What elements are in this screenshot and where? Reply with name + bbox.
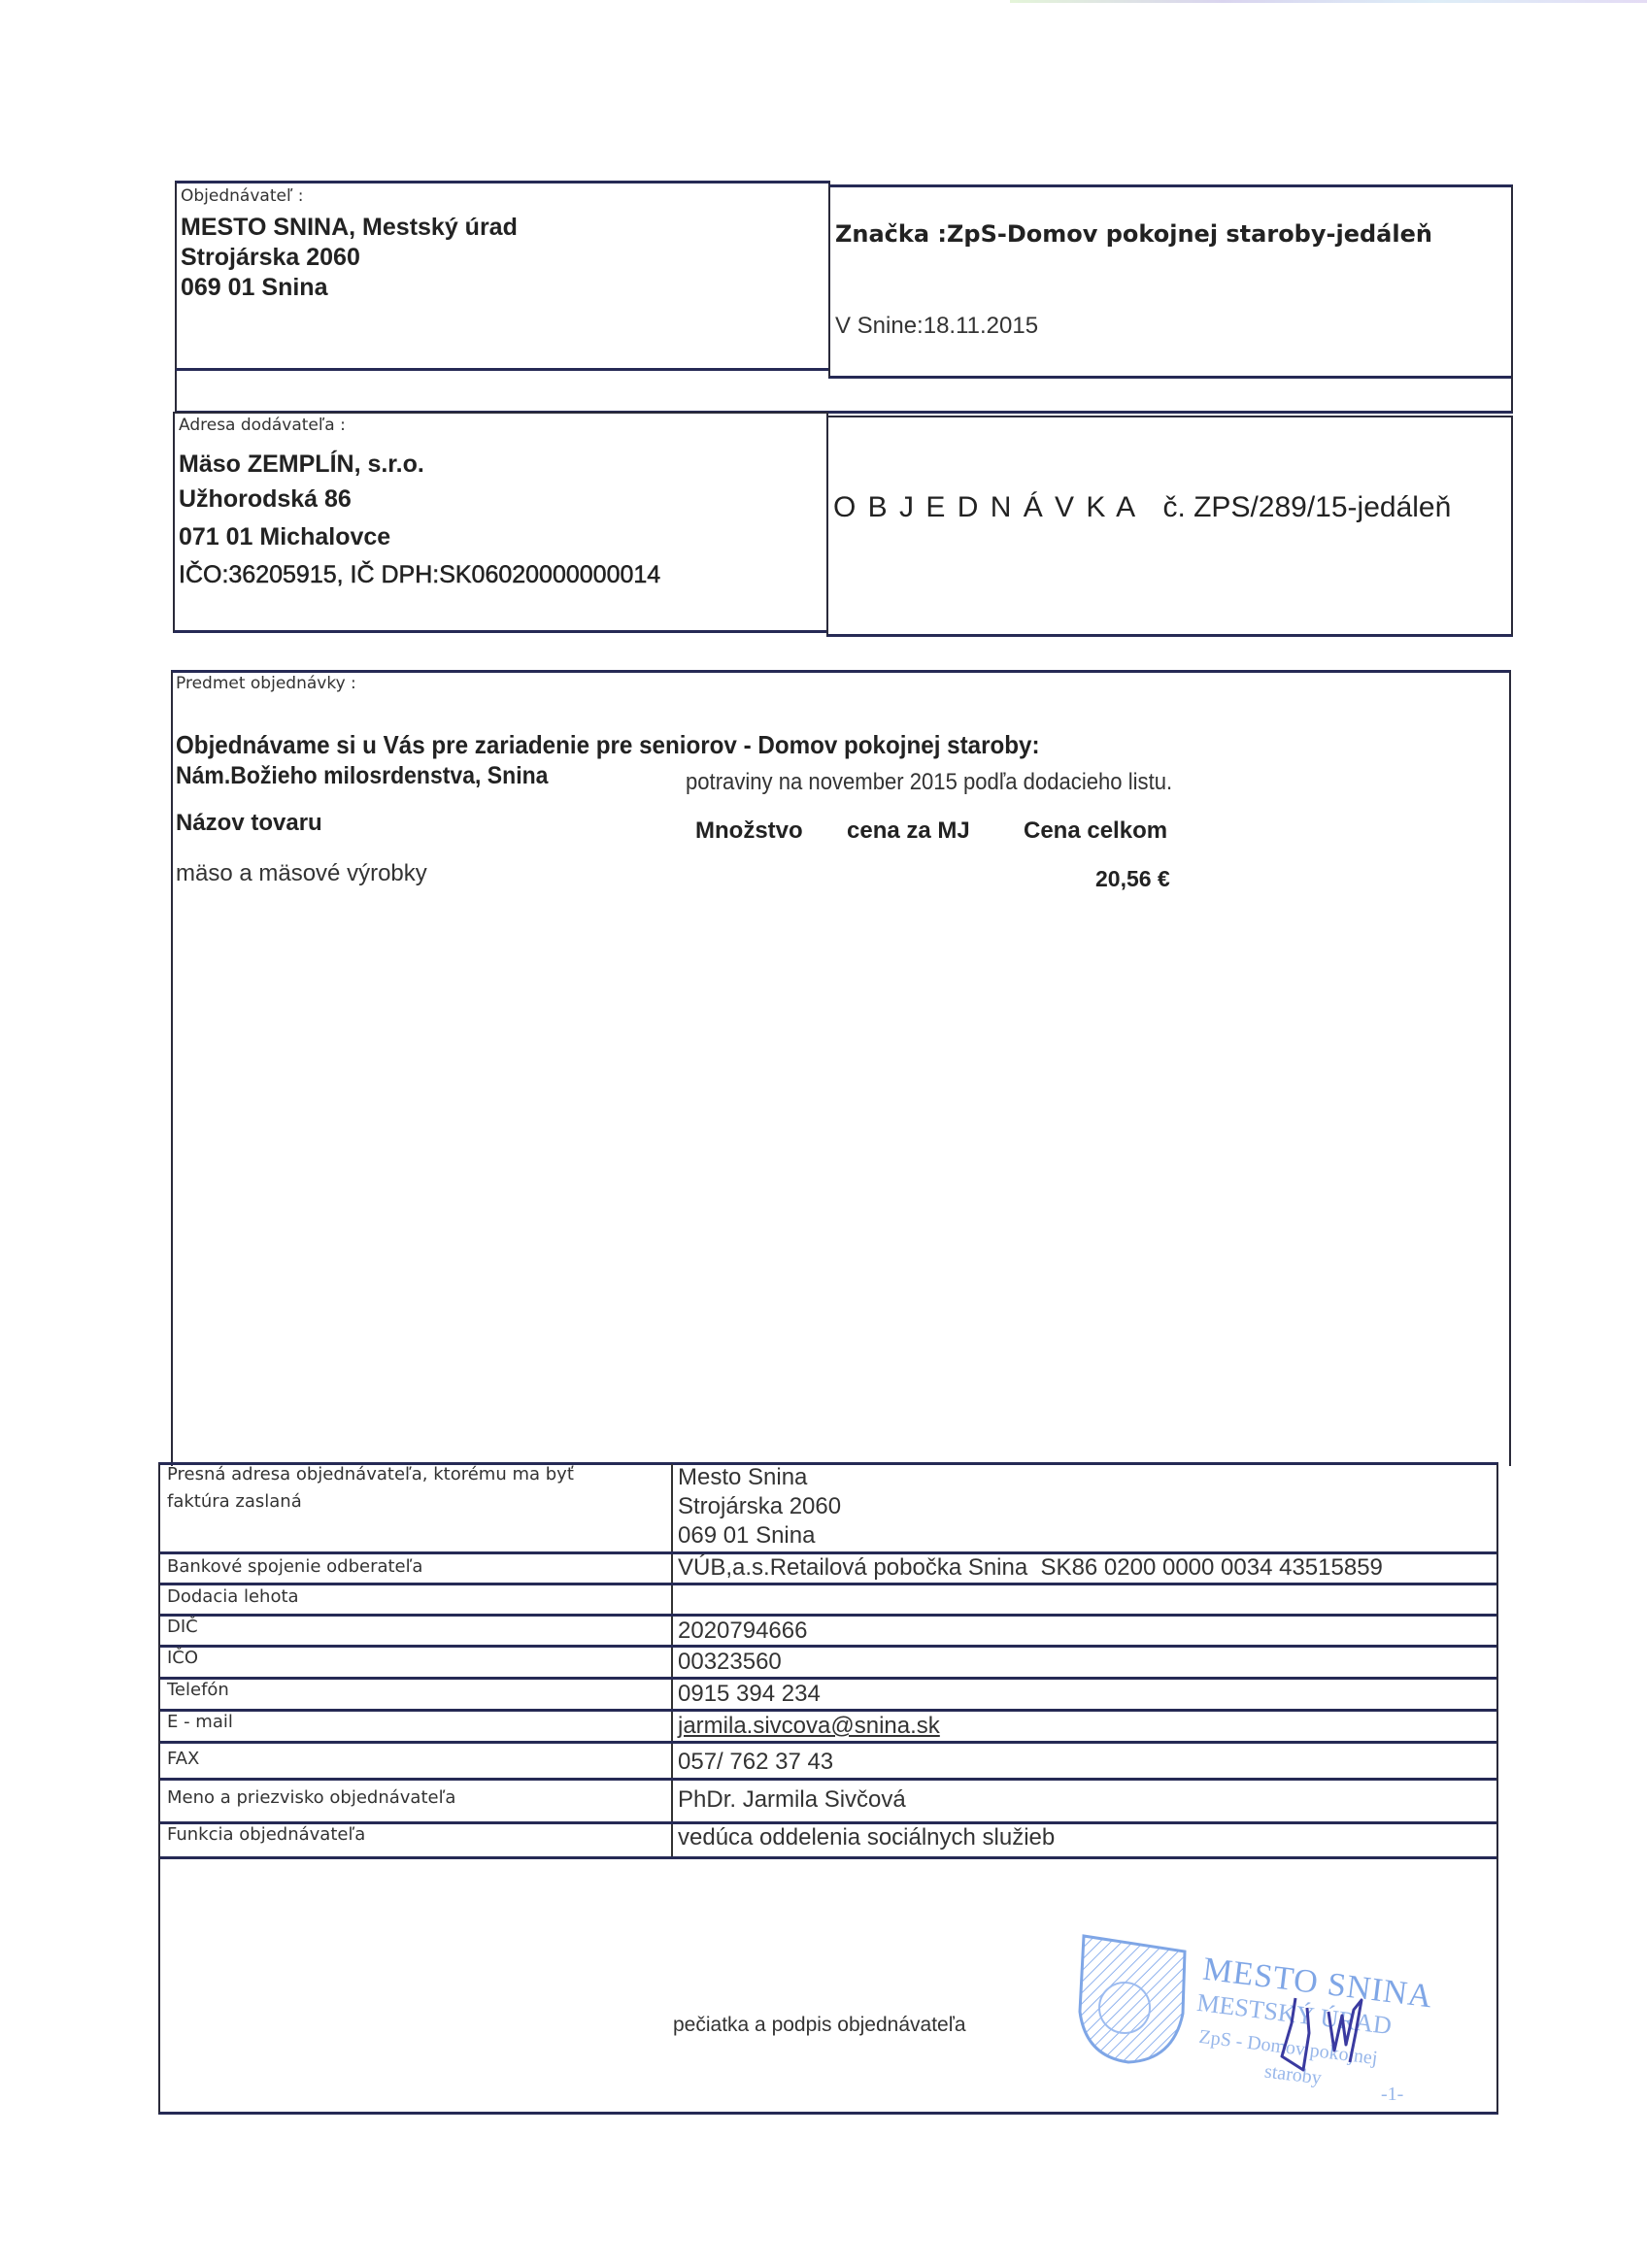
orderer-name: MESTO SNINA, Mestský úrad xyxy=(181,214,518,242)
handwritten-signature-icon xyxy=(1274,1994,1381,2072)
col-total-header: Cena celkom xyxy=(1024,817,1167,845)
order-number: č. ZPS/289/15-jedáleň xyxy=(1162,491,1451,523)
row-separator xyxy=(160,1778,1496,1781)
dic-value: 2020794666 xyxy=(678,1618,807,1645)
delivery-term-label: Dodacia lehota xyxy=(167,1586,299,1607)
reference-mark: Značka :ZpS-Domov pokojnej staroby-jedál… xyxy=(835,220,1432,248)
orderer-function-value: vedúca oddelenia sociálnych služieb xyxy=(678,1824,1055,1851)
item-total: 20,56 € xyxy=(1095,866,1170,892)
fax-value: 057/ 762 37 43 xyxy=(678,1749,833,1776)
phone-value: 0915 394 234 xyxy=(678,1681,821,1708)
supplier-box xyxy=(173,412,828,633)
order-number-box xyxy=(826,416,1513,637)
details-divider xyxy=(671,1464,673,1858)
subject-address: Nám.Božieho milosrdenstva, Snina xyxy=(176,762,548,790)
row-separator xyxy=(160,1856,1496,1859)
subject-note: potraviny na november 2015 podľa dodacie… xyxy=(686,769,1172,796)
signature-label: pečiatka a podpis objednávateľa xyxy=(673,2014,966,2037)
col-unit-price-header: cena za MJ xyxy=(847,817,970,845)
order-title: O B J E D N Á V K A č. ZPS/289/15-jedále… xyxy=(833,491,1451,524)
order-title-text: O B J E D N Á V K A xyxy=(833,491,1137,523)
supplier-street: Užhorodská 86 xyxy=(179,485,352,514)
billing-address-line3: 069 01 Snina xyxy=(678,1522,815,1550)
row-separator xyxy=(160,1741,1496,1744)
item-name: mäso a mäsové výrobky xyxy=(176,860,427,887)
supplier-ids: IČO:36205915, IČ DPH:SK06020000000014 xyxy=(179,561,660,589)
billing-address-line2: Strojárska 2060 xyxy=(678,1493,841,1520)
fax-label: FAX xyxy=(167,1749,199,1769)
page-mark: -1- xyxy=(1381,2084,1403,2106)
reference-box xyxy=(828,184,1513,379)
ico-value: 00323560 xyxy=(678,1649,782,1676)
orderer-person-value: PhDr. Jarmila Sivčová xyxy=(678,1786,906,1814)
subject-intro: Objednávame si u Vás pre zariadenie pre … xyxy=(176,730,1040,760)
reference-place-date: V Snine:18.11.2015 xyxy=(835,313,1038,340)
billing-address-line1: Mesto Snina xyxy=(678,1464,807,1491)
row-separator xyxy=(160,1677,1496,1680)
row-separator xyxy=(160,1709,1496,1712)
billing-address-label: Presná adresa objednávateľa, ktorému ma … xyxy=(167,1464,574,1484)
dic-label: DIČ xyxy=(167,1617,198,1637)
row-separator xyxy=(160,1583,1496,1585)
scan-edge xyxy=(1010,0,1647,3)
billing-address-label-2: faktúra zaslaná xyxy=(167,1491,302,1512)
supplier-name: Mäso ZEMPLÍN, s.r.o. xyxy=(179,450,424,479)
orderer-person-label: Meno a priezvisko objednávateľa xyxy=(167,1787,455,1808)
supplier-city: 071 01 Michalovce xyxy=(179,523,390,551)
phone-label: Telefón xyxy=(167,1680,229,1700)
supplier-ids-text: IČO:36205915, IČ DPH:SK06020000000014 xyxy=(179,561,660,588)
col-item-header: Názov tovaru xyxy=(176,810,322,837)
subject-label: Predmet objednávky : xyxy=(176,674,356,693)
col-quantity-header: Množstvo xyxy=(695,817,803,845)
bank-label: Bankové spojenie odberateľa xyxy=(167,1556,422,1577)
row-separator xyxy=(160,1645,1496,1648)
orderer-street: Strojárska 2060 xyxy=(181,244,360,272)
email-link[interactable]: jarmila.sivcova@snina.sk xyxy=(678,1713,940,1740)
orderer-label: Objednávateľ : xyxy=(181,186,303,206)
coat-of-arms-icon xyxy=(1076,1932,1191,2064)
ico-label: IČO xyxy=(167,1648,198,1668)
orderer-function-label: Funkcia objednávateľa xyxy=(167,1824,365,1845)
spacer-strip xyxy=(175,371,1513,414)
row-separator xyxy=(160,1614,1496,1617)
email-label: E - mail xyxy=(167,1712,233,1732)
supplier-label: Adresa dodávateľa : xyxy=(179,416,346,435)
orderer-city: 069 01 Snina xyxy=(181,274,327,302)
bank-value: VÚB,a.s.Retailová pobočka Snina SK86 020… xyxy=(678,1554,1383,1582)
